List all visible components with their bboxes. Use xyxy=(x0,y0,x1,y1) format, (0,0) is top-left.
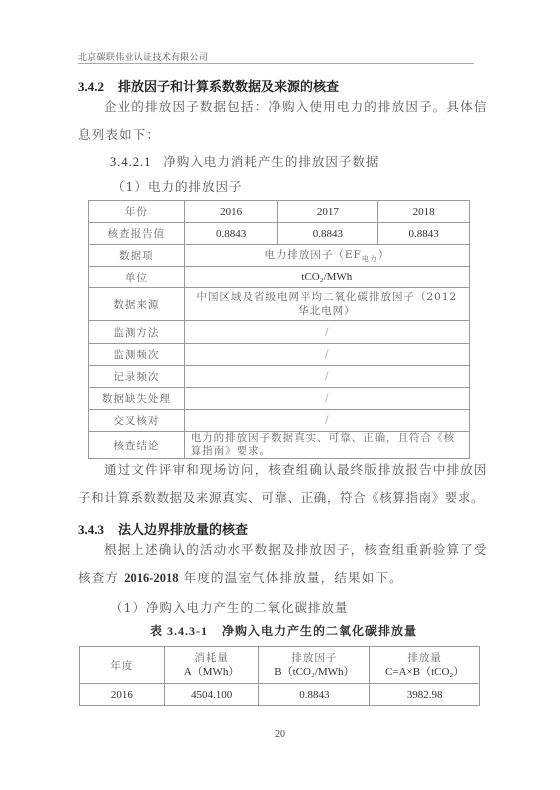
reported-value-2016: 0.8843 xyxy=(184,223,278,245)
table-header-row: 年份 2016 2017 2018 xyxy=(89,201,470,223)
row-label: 监测方法 xyxy=(89,321,185,344)
unit-value: tCO₂/MWh xyxy=(184,267,469,288)
table-row: 交叉核对 / xyxy=(89,410,470,432)
cross-check-value: / xyxy=(184,410,469,432)
table-row: 单位 tCO₂/MWh xyxy=(89,267,470,288)
monitoring-frequency-value: / xyxy=(184,344,469,366)
conclusion-value: 电力的排放因子数据真实、可靠、正确，且符合《核算指南》要求。 xyxy=(184,432,469,459)
row-label: 数据缺失处理 xyxy=(89,388,185,410)
emission-factor-table: 年份 2016 2017 2018 核查报告值 0.8843 0.8843 0.… xyxy=(88,200,470,459)
row-label: 监测频次 xyxy=(89,344,185,366)
table-row: 数据项 电力排放因子（EF电力） xyxy=(89,245,470,267)
recalc-paragraph: 根据上述确认的活动水平数据及排放因子，核查组重新验算了受 核查方 2016-20… xyxy=(78,536,498,592)
conclusion-line-2: 子和计算系数数据及来源真实、可靠、正确，符合《核算指南》要求。 xyxy=(78,484,498,512)
table-row: 监测方法 / xyxy=(89,321,470,344)
row-label: 数据项 xyxy=(89,245,185,267)
row-label: 交叉核对 xyxy=(89,410,185,432)
conclusion-line-1: 通过文件评审和现场访问，核查组确认最终版排放报告中排放因 xyxy=(78,456,498,484)
col-header-year: 年度 xyxy=(80,647,165,684)
col-header-consumption: 消耗量 A（MWh） xyxy=(164,647,259,684)
intro-line-2: 息列表如下： xyxy=(78,121,498,149)
data-item-suffix: ） xyxy=(378,249,390,261)
recalc-line-2-pre: 核查方 xyxy=(78,570,119,585)
col-header-consumption-title: 消耗量 xyxy=(169,651,255,665)
col-header-factor-unit: B（tCO₂/MWh） xyxy=(263,665,365,679)
monitoring-method-value: / xyxy=(184,321,469,344)
table-row: 2016 4504.100 0.8843 3982.98 xyxy=(80,684,480,706)
col-header-emission-title: 排放量 xyxy=(374,651,475,665)
table-row: 核查结论 电力的排放因子数据真实、可靠、正确，且符合《核算指南》要求。 xyxy=(89,432,470,459)
subsection-title: 净购入电力消耗产生的排放因子数据 xyxy=(163,154,379,169)
section-number: 3.4.2 xyxy=(78,79,104,94)
col-header-emission: 排放量 C=A×B（tCO₂） xyxy=(370,647,480,684)
table-row: 数据缺失处理 / xyxy=(89,388,470,410)
year-2017: 2017 xyxy=(278,201,378,223)
table-caption-number: 表 3.4.3-1 xyxy=(150,624,208,638)
recalc-line-2: 核查方 2016-2018 年度的温室气体排放量，结果如下。 xyxy=(78,564,498,592)
row-year: 2016 xyxy=(80,684,165,706)
col-header-factor-title: 排放因子 xyxy=(263,651,365,665)
missing-data-value: / xyxy=(184,388,469,410)
subsection-number: 3.4.2.1 xyxy=(110,155,151,169)
row-label: 记录频次 xyxy=(89,366,185,388)
data-item-subscript: 电力 xyxy=(362,255,378,263)
row-emission: 3982.98 xyxy=(370,684,480,706)
reported-value-2017: 0.8843 xyxy=(278,223,378,245)
row-factor: 0.8843 xyxy=(259,684,370,706)
recalc-line-2-post: 年度的温室气体排放量，结果如下。 xyxy=(184,570,403,585)
row-label: 单位 xyxy=(89,267,185,288)
table-row: 记录频次 / xyxy=(89,366,470,388)
col-header-consumption-unit: A（MWh） xyxy=(169,665,255,679)
section-number: 3.4.3 xyxy=(78,522,104,537)
page-number: 20 xyxy=(275,729,285,740)
intro-line-1: 企业的排放因子数据包括：净购入使用电力的排放因子。具体信 xyxy=(78,93,498,121)
row-label: 核查结论 xyxy=(89,432,185,459)
data-item-text: 电力排放因子（EF xyxy=(264,249,361,261)
conclusion-paragraph: 通过文件评审和现场访问，核查组确认最终版排放报告中排放因 子和计算系数数据及来源… xyxy=(78,456,498,512)
table-row: 监测频次 / xyxy=(89,344,470,366)
data-item-value: 电力排放因子（EF电力） xyxy=(184,245,469,267)
recording-frequency-value: / xyxy=(184,366,469,388)
item-label-electricity-factor: （1）电力的排放因子 xyxy=(112,177,242,195)
co2-emission-table: 年度 消耗量 A（MWh） 排放因子 B（tCO₂/MWh） 排放量 C=A×B… xyxy=(79,646,480,706)
year-2018: 2018 xyxy=(378,201,470,223)
table-row: 核查报告值 0.8843 0.8843 0.8843 xyxy=(89,223,470,245)
year-2016: 2016 xyxy=(184,201,278,223)
table-row: 数据来源 中国区域及省级电网平均二氧化碳排放因子（2012 华北电网） xyxy=(89,288,470,321)
table-caption: 表 3.4.3-1净购入电力产生的二氧化碳排放量 xyxy=(150,622,417,639)
header-divider xyxy=(78,63,474,64)
page-header-company: 北京碳联伟业认证技术有限公司 xyxy=(78,50,208,63)
table-header-row: 年度 消耗量 A（MWh） 排放因子 B（tCO₂/MWh） 排放量 C=A×B… xyxy=(80,647,480,684)
item-label-co2-emission: （1）净购入电力产生的二氧化碳排放量 xyxy=(110,598,348,616)
year-label: 年份 xyxy=(89,201,185,223)
reported-value-2018: 0.8843 xyxy=(378,223,470,245)
data-source-value: 中国区域及省级电网平均二氧化碳排放因子（2012 华北电网） xyxy=(184,288,469,321)
reported-value-label: 核查报告值 xyxy=(89,223,185,245)
intro-paragraph: 企业的排放因子数据包括：净购入使用电力的排放因子。具体信 息列表如下： xyxy=(78,93,498,149)
row-label: 数据来源 xyxy=(89,288,185,321)
col-header-emission-unit: C=A×B（tCO₂） xyxy=(374,665,475,679)
recalc-years: 2016-2018 xyxy=(124,571,178,585)
row-consumption: 4504.100 xyxy=(164,684,259,706)
table-caption-title: 净购入电力产生的二氧化碳排放量 xyxy=(222,624,417,638)
col-header-factor: 排放因子 B（tCO₂/MWh） xyxy=(259,647,370,684)
subsection-heading-3421: 3.4.2.1净购入电力消耗产生的排放因子数据 xyxy=(110,152,379,170)
recalc-line-1: 根据上述确认的活动水平数据及排放因子，核查组重新验算了受 xyxy=(78,536,498,564)
